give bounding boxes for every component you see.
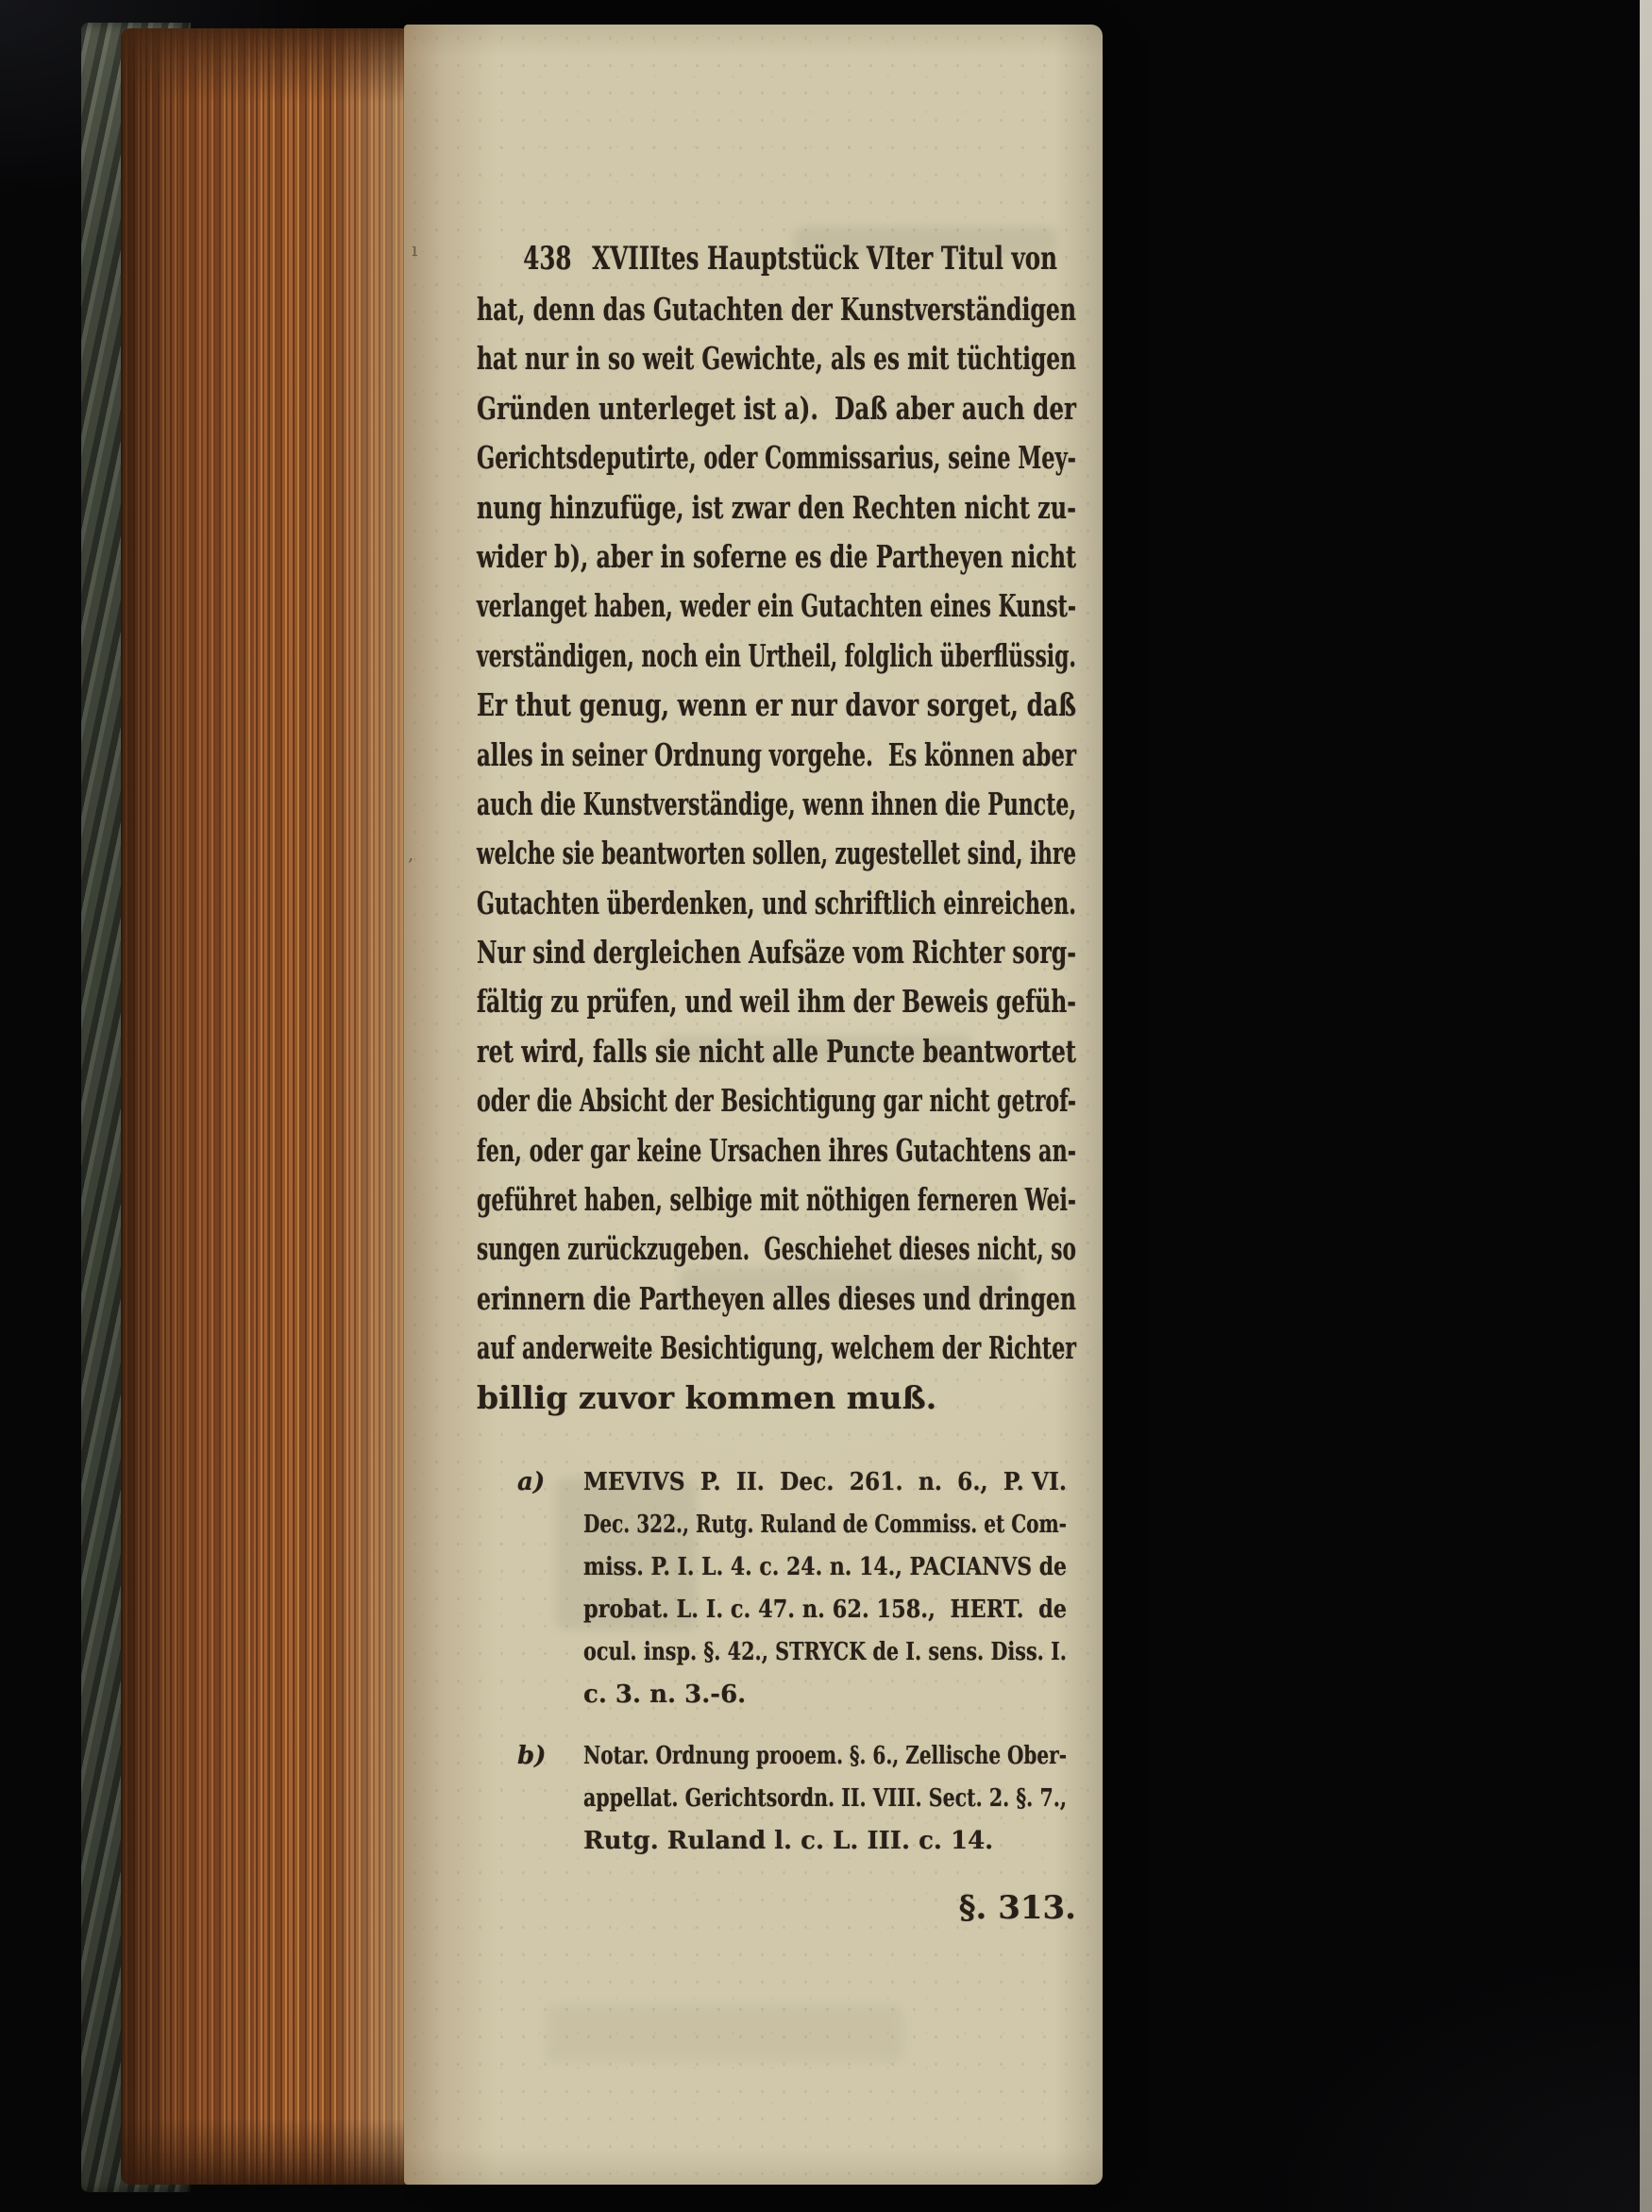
text-line: billig zuvor kommen muß. xyxy=(477,1374,1076,1423)
footnote-line: appellat. Gerichtsordn. II. VIII. Sect. … xyxy=(583,1778,1067,1820)
footnote-line: MEVIVS P. II. Dec. 261. n. 6., P. VI. xyxy=(583,1461,1067,1504)
book-scan-photo: ı , 438XVIIItes Hauptstück VIter Titul v… xyxy=(0,0,1652,2212)
footnote-line: c. 3. n. 3.-6. xyxy=(583,1674,1067,1716)
text-line: verlanget haben, weder ein Gutachten ein… xyxy=(477,582,1076,631)
text-line: nung hinzufüge, ist zwar den Rechten nic… xyxy=(477,483,1076,532)
text-line: Er thut genug, wenn er nur davor sorget,… xyxy=(477,681,1076,730)
text-line: wider b), aber in soferne es die Parthey… xyxy=(477,532,1076,582)
text-line: fältig zu prüfen, und weil ihm der Bewei… xyxy=(477,977,1076,1026)
show-through-smudge xyxy=(546,2005,904,2062)
text-line: hat, denn das Gutachten der Kunstverstän… xyxy=(477,285,1076,334)
stray-ink-mark: , xyxy=(408,842,413,865)
stray-ink-mark: ı xyxy=(412,238,417,261)
footnote-line: Dec. 322., Rutg. Ruland de Commiss. et C… xyxy=(583,1504,1067,1546)
footnote-b: b) Notar. Ordnung prooem. §. 6., Zellisc… xyxy=(583,1735,1067,1863)
body-text: hat, denn das Gutachten der Kunstverstän… xyxy=(477,285,1076,1423)
text-line: alles in seiner Ordnung vorgehe. Es könn… xyxy=(477,731,1076,780)
footnote-line: miss. P. I. L. 4. c. 24. n. 14., PACIANV… xyxy=(583,1546,1067,1589)
text-line: Nur sind dergleichen Aufsäze vom Richter… xyxy=(477,928,1076,977)
footnote-line: Rutg. Ruland l. c. L. III. c. 14. xyxy=(583,1820,1067,1863)
footnote-line: Notar. Ordnung prooem. §. 6., Zellische … xyxy=(583,1735,1067,1778)
text-line: geführet haben, selbige mit nöthigen fer… xyxy=(477,1175,1076,1224)
text-line: hat nur in so weit Gewichte, als es mit … xyxy=(477,334,1076,383)
footnote-line: probat. L. I. c. 47. n. 62. 158., HERT. … xyxy=(583,1589,1067,1631)
footnote-a-marker: a) xyxy=(517,1461,545,1504)
text-line: erinnern die Partheyen alles dieses und … xyxy=(477,1275,1076,1324)
text-line: oder die Absicht der Besichtigung gar ni… xyxy=(477,1076,1076,1125)
footnote-b-lines: Notar. Ordnung prooem. §. 6., Zellische … xyxy=(583,1735,1067,1863)
text-line: sungen zurückzugeben. Geschiehet dieses … xyxy=(477,1224,1076,1274)
text-line: Gerichtsdeputirte, oder Commissarius, se… xyxy=(477,433,1076,482)
text-line: ret wird, falls sie nicht alle Puncte be… xyxy=(477,1027,1076,1076)
page-stack-fore-edge xyxy=(121,28,438,2185)
text-line: verständigen, noch ein Urtheil, folglich… xyxy=(477,632,1076,681)
text-line: auch die Kunstverständige, wenn ihnen di… xyxy=(477,780,1076,829)
text-line: auf anderweite Besichtigung, welchem der… xyxy=(477,1324,1076,1373)
text-line: welche sie beantworten sollen, zugestell… xyxy=(477,829,1076,878)
text-line: fen, oder gar keine Ursachen ihres Gutac… xyxy=(477,1126,1076,1175)
footnote-line: ocul. insp. §. 42., STRYCK de I. sens. D… xyxy=(583,1631,1067,1674)
footnote-a-lines: MEVIVS P. II. Dec. 261. n. 6., P. VI. De… xyxy=(583,1461,1067,1716)
page-header: 438XVIIItes Hauptstück VIter Titul von xyxy=(475,179,1057,232)
section-mark: §. 313. xyxy=(477,1884,1076,1932)
running-title: XVIIItes Hauptstück VIter Titul von xyxy=(592,240,1057,278)
footnote-a: a) MEVIVS P. II. Dec. 261. n. 6., P. VI.… xyxy=(583,1461,1067,1716)
text-line: Gründen unterleget ist a). Daß aber auch… xyxy=(477,384,1076,433)
page-number: 438 xyxy=(523,240,571,278)
scan-edge-strip xyxy=(1640,0,1652,2212)
text-line: Gutachten überdenken, und schriftlich ei… xyxy=(477,879,1076,928)
footnote-b-marker: b) xyxy=(517,1735,546,1778)
